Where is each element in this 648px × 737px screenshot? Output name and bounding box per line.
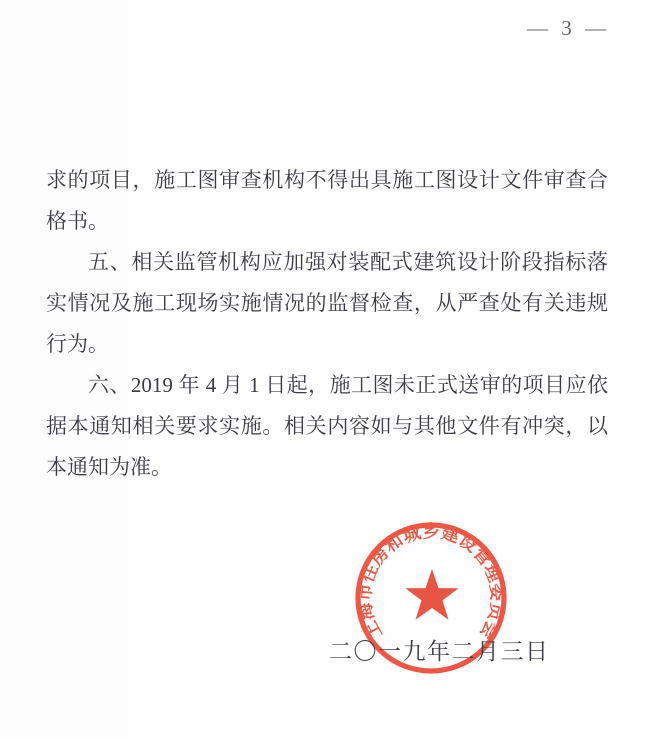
seal-ring-char: 市 xyxy=(354,582,375,602)
seal-star-icon xyxy=(405,569,458,620)
seal-ring-char: 委 xyxy=(487,583,508,603)
paragraph-continuation: 求的项目，施工图审查机构不得出具施工图设计文件审查合格书。 xyxy=(46,160,608,242)
seal-ring-char: 乡 xyxy=(422,522,440,542)
paragraph-item-six: 六、2019 年 4 月 1 日起，施工图未正式送审的项目应依据本通知相关要求实… xyxy=(46,365,608,488)
scanned-document-page: — 3 — 求的项目，施工图审查机构不得出具施工图设计文件审查合格书。 五、相关… xyxy=(0,0,648,737)
paragraph-item-five: 五、相关监管机构应加强对装配式建筑设计阶段指标落实情况及施工现场实施情况的监督检… xyxy=(46,242,608,365)
document-date: 二〇一九年二月三日 xyxy=(329,633,550,666)
document-body: 求的项目，施工图审查机构不得出具施工图设计文件审查合格书。 五、相关监管机构应加… xyxy=(46,160,608,488)
page-number: — 3 — xyxy=(527,16,610,41)
